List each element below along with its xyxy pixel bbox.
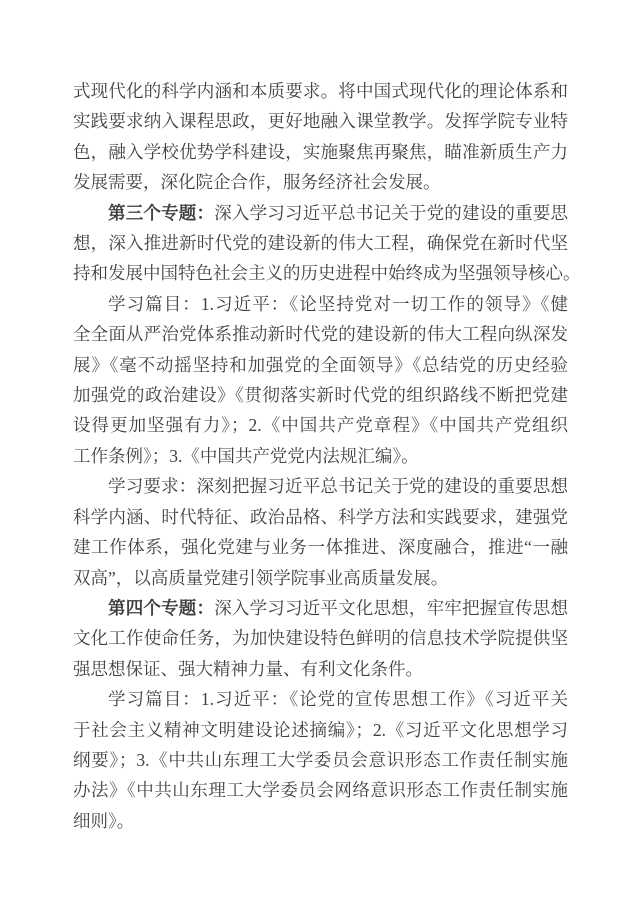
text-line-p5-l3: 强思想保证、强大精神力量、有利文化条件。 (73, 654, 568, 684)
text-line-p2-l2: 想，深入推进新时代党的建设新的伟大工程，确保党在新时代坚 (73, 228, 568, 258)
text-line-p2-l1: 第三个专题：深入学习习近平总书记关于党的建设的重要思 (73, 198, 568, 228)
text-line-p6-l1: 学习篇目：1.习近平：《论党的宣传思想工作》《习近平关 (73, 684, 568, 714)
text-line-p4-l4: 双高”，以高质量党建引领学院事业高质量发展。 (73, 563, 568, 593)
text-line-p1-l4: 发展需要，深化院企合作，服务经济社会发展。 (73, 167, 568, 197)
text-line-p3-l6: 工作条例》；3.《中国共产党党内法规汇编》。 (73, 441, 568, 471)
text-line-p3-l4: 加强党的政治建设》《贯彻落实新时代党的组织路线不断把党建 (73, 380, 568, 410)
text-line-p1-l3: 色，融入学校优势学科建设，实施聚焦再聚焦，瞄准新质生产力 (73, 137, 568, 167)
text-line-p1-l1: 式现代化的科学内涵和本质要求。将中国式现代化的理论体系和 (73, 76, 568, 106)
text-line-p5-l1: 第四个专题：深入学习习近平文化思想，牢牢把握宣传思想 (73, 593, 568, 623)
text-line-p3-l5: 设得更加坚强有力》；2.《中国共产党章程》《中国共产党组织 (73, 410, 568, 440)
document-body-text: 式现代化的科学内涵和本质要求。将中国式现代化的理论体系和实践要求纳入课程思政，更… (73, 76, 568, 836)
text-line-p6-l4: 办法》《中共山东理工大学委员会网络意识形态工作责任制实施 (73, 775, 568, 805)
text-line-p4-l2: 科学内涵、时代特征、政治品格、科学方法和实践要求，建强党 (73, 502, 568, 532)
text-line-p3-l2: 全全面从严治党体系推动新时代党的建设新的伟大工程向纵深发 (73, 319, 568, 349)
text-line-p4-l1: 学习要求：深刻把握习近平总书记关于党的建设的重要思想 (73, 471, 568, 501)
text-line-p1-l2: 实践要求纳入课程思政，更好地融入课堂教学。发挥学院专业特 (73, 106, 568, 136)
paragraph-lead-bold: 第三个专题： (108, 203, 214, 223)
paragraph-lead-bold: 第四个专题： (108, 598, 214, 618)
text-line-p3-l3: 展》《毫不动摇坚持和加强党的全面领导》《总结党的历史经验 (73, 350, 568, 380)
text-line-p6-l5: 细则》。 (73, 806, 568, 836)
text-line-p3-l1: 学习篇目：1.习近平：《论坚持党对一切工作的领导》《健 (73, 289, 568, 319)
text-line-p5-l2: 文化工作使命任务，为加快建设特色鲜明的信息技术学院提供坚 (73, 623, 568, 653)
text-line-p4-l3: 建工作体系，强化党建与业务一体推进、深度融合，推进“一融 (73, 532, 568, 562)
text-line-p6-l3: 纲要》；3.《中共山东理工大学委员会意识形态工作责任制实施 (73, 745, 568, 775)
text-line-p2-l3: 持和发展中国特色社会主义的历史进程中始终成为坚强领导核心。 (73, 258, 568, 288)
text-line-p6-l2: 于社会主义精神文明建设论述摘编》；2.《习近平文化思想学习 (73, 715, 568, 745)
document-page: 式现代化的科学内涵和本质要求。将中国式现代化的理论体系和实践要求纳入课程思政，更… (0, 0, 639, 905)
